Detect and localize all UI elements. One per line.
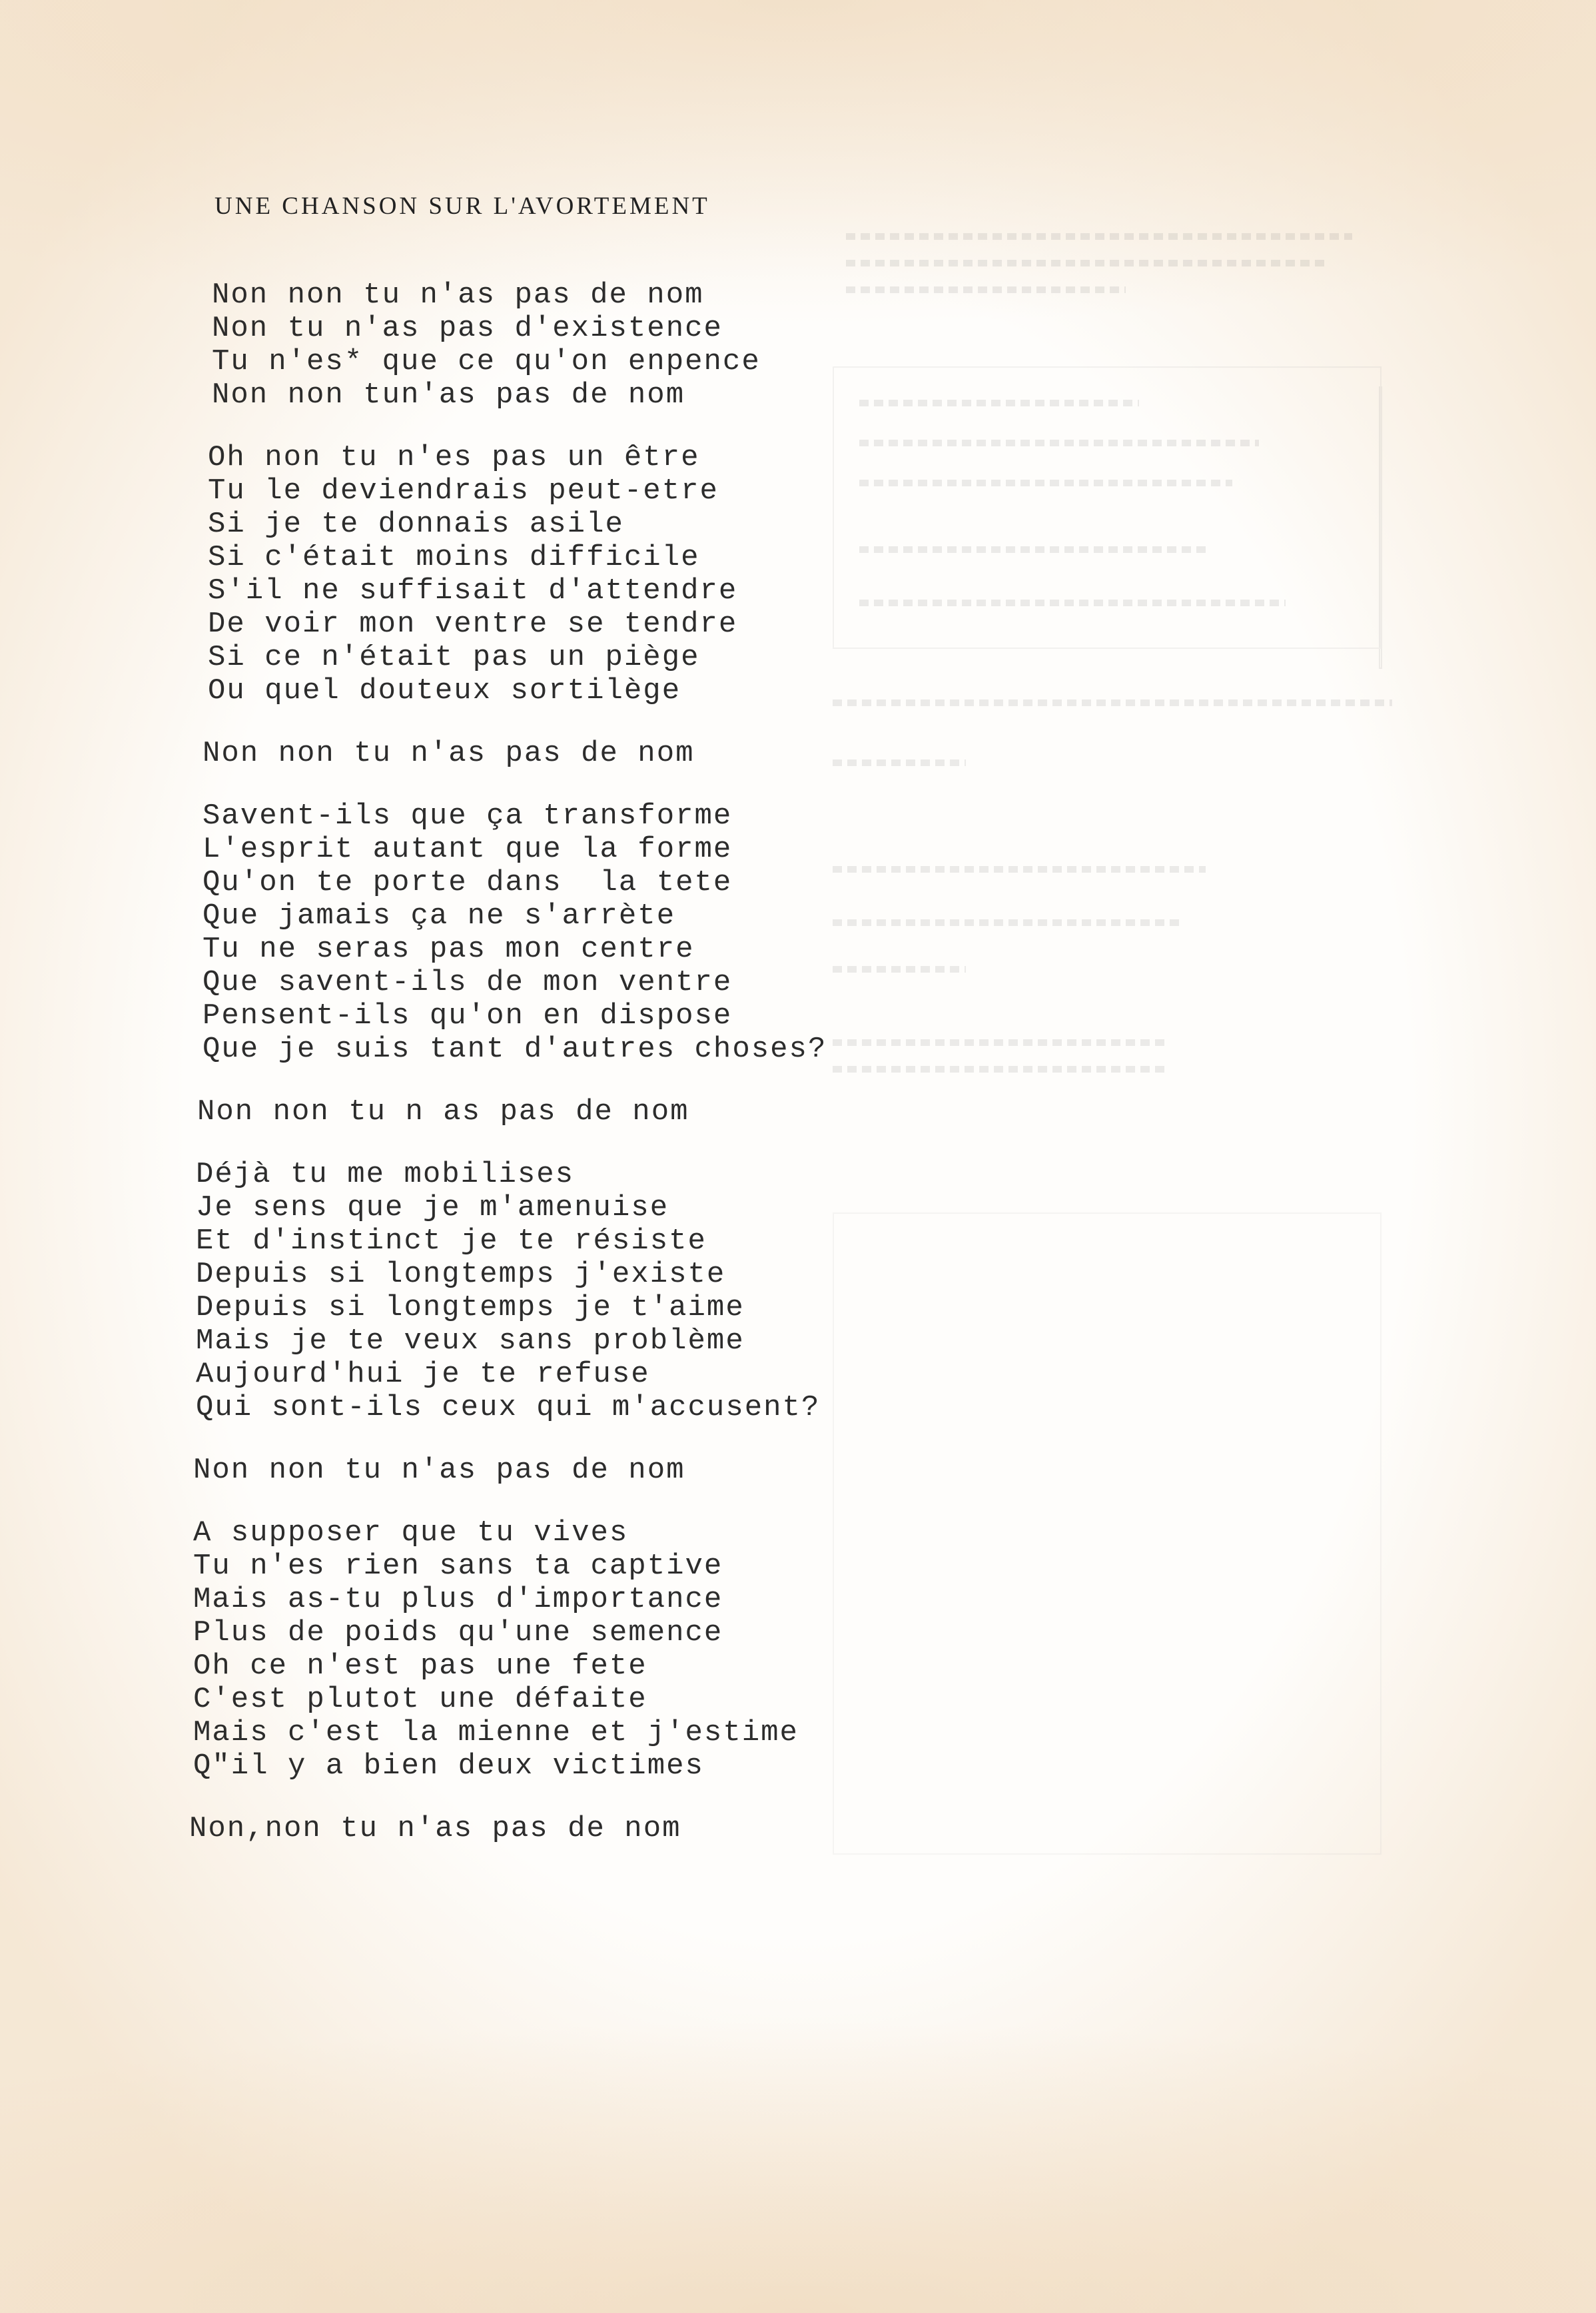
stanza-1-refrain: Non non tu n'as pas de nom Non tu n'as p… [212, 278, 911, 412]
document-title: UNE CHANSON SUR L'AVORTEMENT [214, 192, 911, 225]
verse-line: Tu n'es* que ce qu'on enpence [212, 345, 911, 378]
verse-line: A supposer que tu vives [193, 1516, 911, 1550]
verse-line: Non non tu n'as pas de nom [212, 278, 911, 312]
refrain: Non non tu n as pas de nom [197, 1095, 911, 1129]
verse-line: De voir mon ventre se tendre [208, 608, 911, 641]
verse-line: Si ce n'était pas un piège [208, 641, 911, 674]
stanza-5: A supposer que tu vives Tu n'es rien san… [193, 1516, 911, 1783]
verse-line: Mais c'est la mienne et j'estime [193, 1716, 911, 1749]
verse-line: Et d'instinct je te résiste [196, 1224, 911, 1258]
verse-line: Oh non tu n'es pas un être [208, 441, 911, 474]
refrain: Non non tu n'as pas de nom [202, 737, 911, 770]
verse-line: Non non tu n as pas de nom [197, 1095, 911, 1129]
verse-line: Que je suis tant d'autres choses? [202, 1033, 911, 1066]
stanza-gap [179, 1066, 911, 1095]
verse-line: Non non tun'as pas de nom [212, 378, 911, 412]
verse-line: Non tu n'as pas d'existence [212, 312, 911, 345]
stanza-gap [179, 1783, 911, 1812]
stanza-gap [179, 770, 911, 799]
stanza-gap [179, 1424, 911, 1454]
verse-line: Qui sont-ils ceux qui m'accusent? [196, 1391, 911, 1424]
verse-line: C'est plutot une défaite [193, 1683, 911, 1716]
reverse-side-show-through [833, 346, 1359, 1905]
verse-line: Pensent-ils qu'on en dispose [202, 999, 911, 1033]
verse-line: Depuis si longtemps je t'aime [196, 1291, 911, 1324]
verse-line: Non non tu n'as pas de nom [202, 737, 911, 770]
verse-line: Tu le deviendrais peut-etre [208, 474, 911, 508]
verse-line: Non non tu n'as pas de nom [193, 1454, 911, 1487]
verse-line: Je sens que je m'amenuise [196, 1191, 911, 1224]
stanza-gap [179, 707, 911, 737]
verse-line: Mais as-tu plus d'importance [193, 1583, 911, 1616]
refrain: Non non tu n'as pas de nom [193, 1454, 911, 1487]
verse-line: L'esprit autant que la forme [202, 833, 911, 866]
verse-line: Tu n'es rien sans ta captive [193, 1550, 911, 1583]
verse-line: Que jamais ça ne s'arrète [202, 899, 911, 933]
verse-line: Que savent-ils de mon ventre [202, 966, 911, 999]
verse-line: Si je te donnais asile [208, 508, 911, 541]
verse-line: Mais je te veux sans problème [196, 1324, 911, 1358]
verse-line: Plus de poids qu'une semence [193, 1616, 911, 1649]
verse-line: Tu ne seras pas mon centre [202, 933, 911, 966]
stanza-gap [179, 1129, 911, 1158]
typewritten-page: UNE CHANSON SUR L'AVORTEMENT Non non tu … [179, 192, 911, 1845]
verse-line: Ou quel douteux sortilège [208, 674, 911, 707]
verse-line: Déjà tu me mobilises [196, 1158, 911, 1191]
refrain-final: Non,non tu n'as pas de nom [189, 1812, 911, 1845]
verse-line: Non,non tu n'as pas de nom [189, 1812, 911, 1845]
stanza-gap [179, 1487, 911, 1516]
verse-line: Aujourd'hui je te refuse [196, 1358, 911, 1391]
verse-line: Qu'on te porte dans la tete [202, 866, 911, 899]
verse-line: Savent-ils que ça transforme [202, 799, 911, 833]
verse-line: Oh ce n'est pas une fete [193, 1649, 911, 1683]
verse-line: Depuis si longtemps j'existe [196, 1258, 911, 1291]
stanza-4: Déjà tu me mobilises Je sens que je m'am… [196, 1158, 911, 1424]
stanza-3: Savent-ils que ça transforme L'esprit au… [202, 799, 911, 1066]
stanza-gap [179, 412, 911, 441]
verse-line: Q"il y a bien deux victimes [193, 1749, 911, 1783]
stanza-2: Oh non tu n'es pas un être Tu le deviend… [208, 441, 911, 707]
verse-line: S'il ne suffisait d'attendre [208, 574, 911, 608]
verse-line: Si c'était moins difficile [208, 541, 911, 574]
